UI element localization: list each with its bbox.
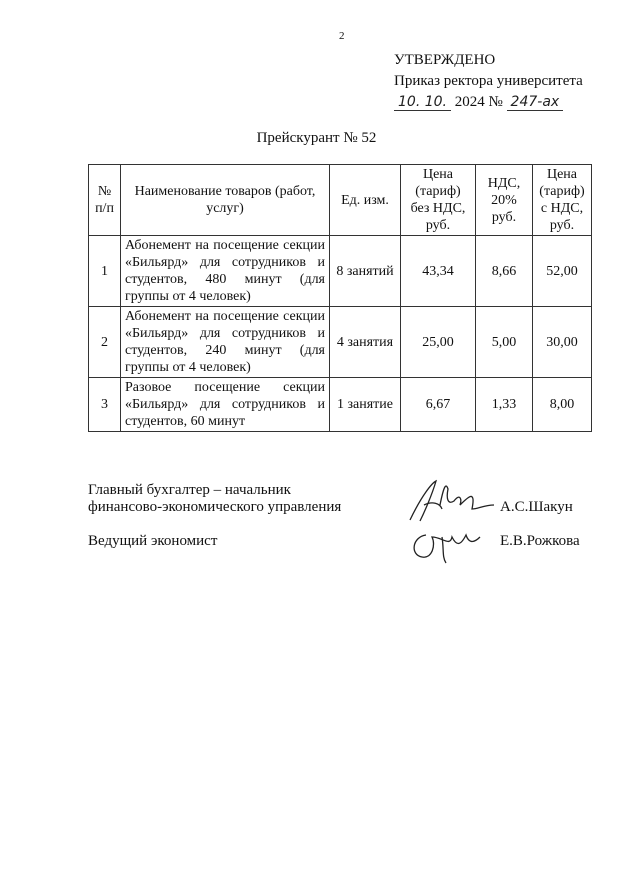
signature-chief-accountant: Главный бухгалтер – начальник финансово-…: [88, 482, 341, 516]
row-name: Разовое посещение секции «Бильярд» для с…: [121, 378, 330, 432]
row-number: 2: [89, 307, 121, 378]
header-vat: НДС, 20% руб.: [476, 165, 533, 236]
row-name: Абонемент на посещение секции «Бильярд» …: [121, 236, 330, 307]
handwritten-signature-icon: [402, 475, 497, 565]
approval-order-line: Приказ ректора университета: [394, 71, 583, 92]
approval-heading: УТВЕРЖДЕНО: [394, 50, 583, 71]
table-row: 2Абонемент на посещение секции «Бильярд»…: [89, 307, 592, 378]
page-number: 2: [339, 30, 345, 42]
row-unit: 4 занятия: [330, 307, 401, 378]
signer-name: А.С.Шакун: [500, 499, 573, 516]
row-vat: 5,00: [476, 307, 533, 378]
header-price-no-vat: Цена (тариф) без НДС, руб.: [401, 165, 476, 236]
document-title: Прейскурант № 52: [0, 130, 633, 147]
row-name: Абонемент на посещение секции «Бильярд» …: [121, 307, 330, 378]
row-price-vat: 30,00: [533, 307, 592, 378]
table-row: 1Абонемент на посещение секции «Бильярд»…: [89, 236, 592, 307]
row-price-vat: 52,00: [533, 236, 592, 307]
row-price-no-vat: 43,34: [401, 236, 476, 307]
signer-name: Е.В.Рожкова: [500, 533, 580, 550]
header-price-vat: Цена (тариф) с НДС, руб.: [533, 165, 592, 236]
row-price-vat: 8,00: [533, 378, 592, 432]
row-price-no-vat: 6,67: [401, 378, 476, 432]
approval-year: 2024 №: [455, 94, 503, 110]
row-price-no-vat: 25,00: [401, 307, 476, 378]
row-unit: 8 занятий: [330, 236, 401, 307]
row-unit: 1 занятие: [330, 378, 401, 432]
signer-position-2: финансово-экономического управления: [88, 499, 341, 516]
signer-position: Ведущий экономист: [88, 533, 217, 550]
row-number: 3: [89, 378, 121, 432]
row-vat: 1,33: [476, 378, 533, 432]
header-unit: Ед. изм.: [330, 165, 401, 236]
signer-position: Главный бухгалтер – начальник: [88, 482, 341, 499]
approval-date-line: 10. 10. 2024 № 247-ах: [394, 92, 583, 113]
approval-order-number: 247-ах: [507, 94, 564, 111]
header-number: № п/п: [89, 165, 121, 236]
approval-stamp: УТВЕРЖДЕНО Приказ ректора университета 1…: [394, 50, 583, 113]
header-name: Наименование товаров (работ, услуг): [121, 165, 330, 236]
approval-date: 10. 10.: [394, 94, 451, 111]
row-vat: 8,66: [476, 236, 533, 307]
signature-economist: Ведущий экономист: [88, 533, 217, 550]
price-table: № п/п Наименование товаров (работ, услуг…: [88, 164, 592, 432]
table-row: 3Разовое посещение секции «Бильярд» для …: [89, 378, 592, 432]
row-number: 1: [89, 236, 121, 307]
